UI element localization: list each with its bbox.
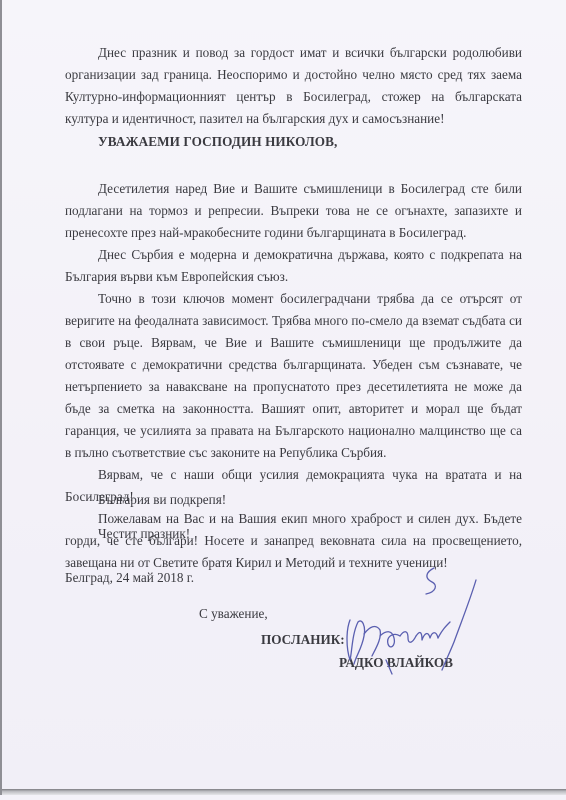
regards-line: С уважение,	[199, 606, 268, 622]
closing-support-line: България ви подкрепя!	[98, 492, 226, 508]
handwritten-signature-icon	[342, 560, 502, 680]
paragraph-1: Десетилетия наред Вие и Вашите съмишлени…	[65, 178, 522, 244]
paragraph-3: Точно в този ключов момент босилеградчан…	[65, 288, 522, 464]
paragraph-2: Днес Сърбия е модерна и демократична дър…	[65, 244, 522, 288]
intro-paragraph-text: Днес празник и повод за гордост имат и в…	[65, 42, 522, 130]
body-paragraphs: Десетилетия наред Вие и Вашите съмишлени…	[65, 178, 522, 574]
salutation: УВАЖАЕМИ ГОСПОДИН НИКОЛОВ,	[98, 134, 337, 150]
intro-paragraph: Днес празник и повод за гордост имат и в…	[65, 42, 522, 130]
page-bottom-edge	[2, 789, 566, 795]
place-and-date: Белград, 24 май 2018 г.	[65, 570, 194, 586]
signatory-title: ПОСЛАНИК:	[261, 632, 345, 648]
closing-greeting-line: Честит празник!	[98, 526, 190, 542]
letter-page: Днес празник и повод за гордост имат и в…	[0, 0, 566, 795]
